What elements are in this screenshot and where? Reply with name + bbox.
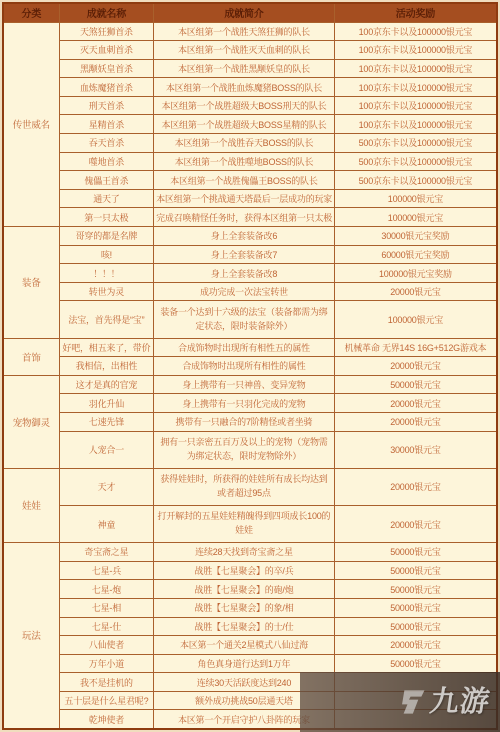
achievement-name-cell: 傀儡王首杀: [59, 171, 153, 190]
achievement-reward-cell: 20000银元宝: [334, 282, 497, 301]
achievement-name-cell: 吞天首杀: [59, 134, 153, 153]
column-header-reward: 活动奖励: [334, 3, 497, 22]
achievement-reward-cell: 60000银元宝奖励: [334, 245, 497, 264]
table-row: 星精首杀本区组第一个战胜超级大BOSS星精的队长100京东卡以及100000银元…: [3, 115, 497, 134]
achievement-reward-cell: 50000银元宝: [334, 375, 497, 394]
achievement-desc-cell: 本区组第一个战胜噬地BOSS的队长: [154, 152, 335, 171]
achievement-desc-cell: 身上全套装备改8: [154, 264, 335, 283]
achievement-name-cell: 万年小道: [59, 654, 153, 673]
table-body: 传世威名天煞狂狮首杀本区组第一个战胜天煞狂狮的队长100京东卡以及100000银…: [3, 22, 497, 729]
achievement-name-cell: 人宠合一: [59, 431, 153, 468]
achievement-name-cell: 天才: [59, 468, 153, 505]
achievement-desc-cell: 本区组第一个战胜天煞狂狮的队长: [154, 22, 335, 41]
achievement-name-cell: 灭天血刺首杀: [59, 41, 153, 60]
achievement-reward-cell: 100京东卡以及100000银元宝: [334, 78, 497, 97]
achievement-name-cell: 刑天首杀: [59, 96, 153, 115]
column-header-category: 分类: [3, 3, 59, 22]
achievement-name-cell: 转世为灵: [59, 282, 153, 301]
watermark-brand: 九游: [428, 688, 492, 717]
achievement-reward-cell: 100京东卡以及100000银元宝: [334, 22, 497, 41]
achievement-desc-cell: 战胜【七星聚会】的士/仕: [154, 617, 335, 636]
achievement-reward-cell: 100京东卡以及100000银元宝: [334, 59, 497, 78]
table-row: 万年小道角色真身道行达到1万年50000银元宝: [3, 654, 497, 673]
table-row: 法宝，首先得是“宝”装备一个达到十六级的法宝（装备都需为绑定状态，限时装备除外）…: [3, 301, 497, 338]
achievement-name-cell: 五十层是什么星君呢?: [59, 691, 153, 710]
achievement-desc-cell: 获得娃娃时，所获得的娃娃所有成长均达到或者超过95点: [154, 468, 335, 505]
achievement-reward-cell: 100京东卡以及100000银元宝: [334, 115, 497, 134]
achievement-desc-cell: 本区组第一个战胜灭天血刺的队长: [154, 41, 335, 60]
table-row: 傀儡王首杀本区组第一个战胜傀儡王BOSS的队长500京东卡以及100000银元宝: [3, 171, 497, 190]
achievement-name-cell: 我相信，出相性: [59, 357, 153, 376]
table-row: 吞天首杀本区组第一个战胜吞天BOSS的队长500京东卡以及100000银元宝: [3, 134, 497, 153]
column-header-desc: 成就简介: [154, 3, 335, 22]
achievement-reward-cell: 100000银元宝奖励: [334, 264, 497, 283]
table-row: 玩法奇宝斋之星连续28天找到奇宝斋之星50000银元宝: [3, 543, 497, 562]
achievement-reward-cell: 30000银元宝: [334, 431, 497, 468]
table-row: 七星-仕战胜【七星聚会】的士/仕50000银元宝: [3, 617, 497, 636]
achievement-reward-cell: 100京东卡以及100000银元宝: [334, 41, 497, 60]
achievement-desc-cell: 战胜【七星聚会】的卒/兵: [154, 561, 335, 580]
achievement-name-cell: 黑颙妖皇首杀: [59, 59, 153, 78]
achievement-name-cell: 好吧，相五来了，带价: [59, 338, 153, 357]
achievement-reward-cell: 50000银元宝: [334, 580, 497, 599]
nine-game-logo-icon: [392, 685, 426, 719]
table-row: 传世威名天煞狂狮首杀本区组第一个战胜天煞狂狮的队长100京东卡以及100000银…: [3, 22, 497, 41]
table-row: 黑颙妖皇首杀本区组第一个战胜黑颙妖皇的队长100京东卡以及100000银元宝: [3, 59, 497, 78]
achievement-name-cell: 奇宝斋之星: [59, 543, 153, 562]
achievement-reward-cell: 机械革命 无界14S 16G+512G游戏本: [334, 338, 497, 357]
category-cell: 首饰: [3, 338, 59, 375]
category-cell: 传世威名: [3, 22, 59, 227]
category-cell: 玩法: [3, 543, 59, 729]
table-header-row: 分类 成就名称 成就简介 活动奖励: [3, 3, 497, 22]
achievement-desc-cell: 身上全套装备改6: [154, 227, 335, 246]
achievement-reward-cell: 50000银元宝: [334, 617, 497, 636]
achievement-reward-cell: 30000银元宝奖励: [334, 227, 497, 246]
achievement-reward-cell: 100京东卡以及100000银元宝: [334, 96, 497, 115]
achievement-reward-cell: 100000银元宝: [334, 301, 497, 338]
achievement-desc-cell: 本区组第一个战胜血炼魔猪BOSS的队长: [154, 78, 335, 97]
achievement-desc-cell: 连续28天找到奇宝斋之星: [154, 543, 335, 562]
achievement-desc-cell: 本区组第一个战胜超级大BOSS星精的队长: [154, 115, 335, 134]
achievement-name-cell: 血炼魔猪首杀: [59, 78, 153, 97]
table-row: 第一只太极完成召唤精怪任务时，获得本区组第一只太极100000银元宝: [3, 208, 497, 227]
table-row: 我相信，出相性合成饰物时出现所有相性的属性20000银元宝: [3, 357, 497, 376]
achievement-desc-cell: 合成饰物时出现所有相性五的属性: [154, 338, 335, 357]
achievement-name-cell: 这才是真的官宠: [59, 375, 153, 394]
achievement-name-cell: 通天了: [59, 189, 153, 208]
achievement-name-cell: 八仙使者: [59, 636, 153, 655]
category-cell: 装备: [3, 227, 59, 339]
achievement-desc-cell: 战胜【七星聚会】的砲/炮: [154, 580, 335, 599]
achievement-name-cell: 噬地首杀: [59, 152, 153, 171]
achievement-desc-cell: 装备一个达到十六级的法宝（装备都需为绑定状态，限时装备除外）: [154, 301, 335, 338]
watermark-overlay: 九游: [300, 672, 500, 732]
achievement-table-page: 分类 成就名称 成就简介 活动奖励 传世威名天煞狂狮首杀本区组第一个战胜天煞狂狮…: [0, 0, 500, 732]
table-row: 装备哥穿的都是名牌身上全套装备改630000银元宝奖励: [3, 227, 497, 246]
achievement-name-cell: 哥穿的都是名牌: [59, 227, 153, 246]
achievement-reward-cell: 50000银元宝: [334, 543, 497, 562]
achievement-name-cell: ！！！: [59, 264, 153, 283]
table-row: 通天了本区组第一个挑战通天塔最后一层成功的玩家100000银元宝: [3, 189, 497, 208]
achievement-name-cell: 我不是挂机的: [59, 673, 153, 692]
achievement-name-cell: 天煞狂狮首杀: [59, 22, 153, 41]
achievement-name-cell: 神童: [59, 505, 153, 542]
achievement-reward-cell: 20000银元宝: [334, 468, 497, 505]
column-header-name: 成就名称: [59, 3, 153, 22]
achievement-name-cell: 法宝，首先得是“宝”: [59, 301, 153, 338]
achievement-name-cell: 七星-兵: [59, 561, 153, 580]
achievement-name-cell: 乾坤使者: [59, 710, 153, 729]
category-cell: 娃娃: [3, 468, 59, 542]
achievement-reward-cell: 500京东卡以及100000银元宝: [334, 171, 497, 190]
achievement-reward-cell: 20000银元宝: [334, 505, 497, 542]
achievement-desc-cell: 本区组第一个战胜傀儡王BOSS的队长: [154, 171, 335, 190]
table-row: 首饰好吧，相五来了，带价合成饰物时出现所有相性五的属性机械革命 无界14S 16…: [3, 338, 497, 357]
table-row: 八仙使者本区第一个通关2星模式八仙过海20000银元宝: [3, 636, 497, 655]
table-row: 七星-炮战胜【七星聚会】的砲/炮50000银元宝: [3, 580, 497, 599]
achievement-name-cell: 星精首杀: [59, 115, 153, 134]
achievement-desc-cell: 本区组第一个战胜超级大BOSS刑天的队长: [154, 96, 335, 115]
achievement-name-cell: 羽化升仙: [59, 394, 153, 413]
table-row: 灭天血刺首杀本区组第一个战胜灭天血刺的队长100京东卡以及100000银元宝: [3, 41, 497, 60]
achievement-desc-cell: 拥有一只亲密五百万及以上的宠物（宠物需为绑定状态，限时宠物除外）: [154, 431, 335, 468]
achievement-name-cell: 第一只太极: [59, 208, 153, 227]
achievement-reward-cell: 500京东卡以及100000银元宝: [334, 152, 497, 171]
achievement-desc-cell: 身上携带有一只神兽、变异宠物: [154, 375, 335, 394]
achievement-desc-cell: 成功完成一次法宝转世: [154, 282, 335, 301]
table-row: ！！！身上全套装备改8100000银元宝奖励: [3, 264, 497, 283]
achievement-desc-cell: 身上全套装备改7: [154, 245, 335, 264]
achievement-reward-cell: 50000银元宝: [334, 598, 497, 617]
achievement-name-cell: 七速先锋: [59, 412, 153, 431]
table-row: 神童打开解封的五星娃娃精魄得到四项成长100的娃娃20000银元宝: [3, 505, 497, 542]
table-row: 七星-兵战胜【七星聚会】的卒/兵50000银元宝: [3, 561, 497, 580]
table-row: 血炼魔猪首杀本区组第一个战胜血炼魔猪BOSS的队长100京东卡以及100000银…: [3, 78, 497, 97]
achievement-desc-cell: 身上携带有一只羽化完成的宠物: [154, 394, 335, 413]
achievement-reward-cell: 500京东卡以及100000银元宝: [334, 134, 497, 153]
table-row: 咳!身上全套装备改760000银元宝奖励: [3, 245, 497, 264]
achievement-desc-cell: 本区组第一个战胜吞天BOSS的队长: [154, 134, 335, 153]
achievement-name-cell: 七星-仕: [59, 617, 153, 636]
table-row: 转世为灵成功完成一次法宝转世20000银元宝: [3, 282, 497, 301]
achievement-reward-cell: 20000银元宝: [334, 357, 497, 376]
achievement-reward-cell: 50000银元宝: [334, 561, 497, 580]
achievement-desc-cell: 携带有一只融合的7阶精怪或者坐骑: [154, 412, 335, 431]
table-row: 七星-相战胜【七星聚会】的象/相50000银元宝: [3, 598, 497, 617]
achievement-name-cell: 咳!: [59, 245, 153, 264]
achievement-desc-cell: 角色真身道行达到1万年: [154, 654, 335, 673]
achievement-table: 分类 成就名称 成就简介 活动奖励 传世威名天煞狂狮首杀本区组第一个战胜天煞狂狮…: [2, 2, 498, 730]
table-row: 刑天首杀本区组第一个战胜超级大BOSS刑天的队长100京东卡以及100000银元…: [3, 96, 497, 115]
table-row: 人宠合一拥有一只亲密五百万及以上的宠物（宠物需为绑定状态，限时宠物除外）3000…: [3, 431, 497, 468]
achievement-name-cell: 七星-相: [59, 598, 153, 617]
table-row: 宠物御灵这才是真的官宠身上携带有一只神兽、变异宠物50000银元宝: [3, 375, 497, 394]
table-row: 七速先锋携带有一只融合的7阶精怪或者坐骑20000银元宝: [3, 412, 497, 431]
achievement-reward-cell: 100000银元宝: [334, 208, 497, 227]
category-cell: 宠物御灵: [3, 375, 59, 468]
achievement-desc-cell: 完成召唤精怪任务时，获得本区组第一只太极: [154, 208, 335, 227]
achievement-desc-cell: 本区组第一个战胜黑颙妖皇的队长: [154, 59, 335, 78]
achievement-desc-cell: 本区第一个通关2星模式八仙过海: [154, 636, 335, 655]
achievement-desc-cell: 打开解封的五星娃娃精魄得到四项成长100的娃娃: [154, 505, 335, 542]
achievement-desc-cell: 战胜【七星聚会】的象/相: [154, 598, 335, 617]
achievement-desc-cell: 本区组第一个挑战通天塔最后一层成功的玩家: [154, 189, 335, 208]
achievement-reward-cell: 20000银元宝: [334, 394, 497, 413]
achievement-reward-cell: 20000银元宝: [334, 412, 497, 431]
table-row: 娃娃天才获得娃娃时，所获得的娃娃所有成长均达到或者超过95点20000银元宝: [3, 468, 497, 505]
table-row: 噬地首杀本区组第一个战胜噬地BOSS的队长500京东卡以及100000银元宝: [3, 152, 497, 171]
achievement-reward-cell: 50000银元宝: [334, 654, 497, 673]
table-row: 羽化升仙身上携带有一只羽化完成的宠物20000银元宝: [3, 394, 497, 413]
achievement-reward-cell: 100000银元宝: [334, 189, 497, 208]
achievement-desc-cell: 合成饰物时出现所有相性的属性: [154, 357, 335, 376]
achievement-name-cell: 七星-炮: [59, 580, 153, 599]
achievement-reward-cell: 20000银元宝: [334, 636, 497, 655]
